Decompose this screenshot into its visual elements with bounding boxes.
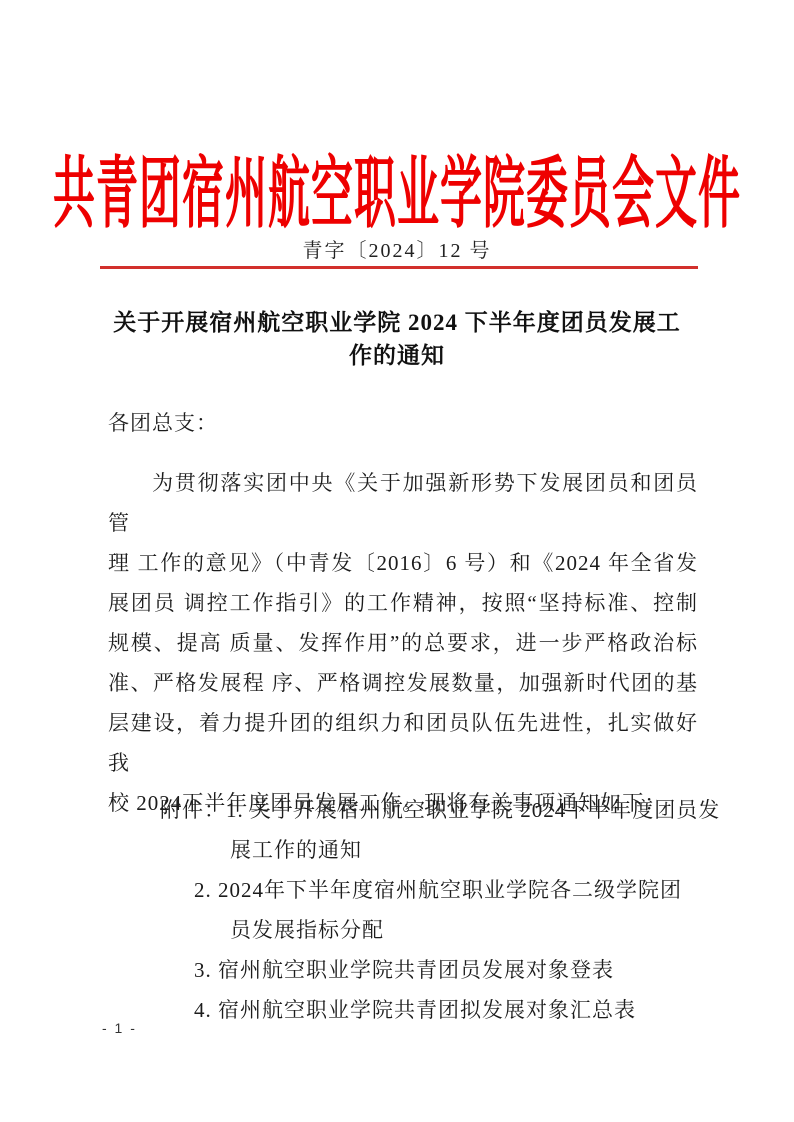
salutation: 各团总支： (108, 410, 218, 436)
body-line: 理 工作的意见》（中青发〔2016〕6 号）和《2024 年全省发 (108, 543, 698, 583)
attachment-line: 2. 2024年下半年度宿州航空职业学院各二级学院团 (194, 870, 708, 910)
document-title: 关于开展宿州航空职业学院 2024 下半年度团员发展工 作的通知 (55, 306, 739, 372)
body-paragraph: 为贯彻落实团中央《关于加强新形势下发展团员和团员管理 工作的意见》（中青发〔20… (108, 463, 698, 823)
body-line: 准、严格发展程 序、严格调控发展数量，加强新时代团的基 (108, 663, 698, 703)
attachment-line: 4. 宿州航空职业学院共青团拟发展对象汇总表 (194, 990, 708, 1030)
attachment-line: 展工作的通知 (230, 830, 708, 870)
body-line: 为贯彻落实团中央《关于加强新形势下发展团员和团员管 (108, 463, 698, 543)
document-title-line-2: 作的通知 (55, 339, 739, 372)
attachment-line: 员发展指标分配 (230, 910, 708, 950)
attachment-line: 附件：1. 关于开展宿州航空职业学院 2024下半年度团员发 (160, 790, 708, 830)
body-line: 规模、提高 质量、发挥作用”的总要求，进一步严格政治标 (108, 623, 698, 663)
document-title-line-1: 关于开展宿州航空职业学院 2024 下半年度团员发展工 (55, 306, 739, 339)
attachment-line: 3. 宿州航空职业学院共青团员发展对象登表 (194, 950, 708, 990)
body-line: 展团员 调控工作指引》的工作精神，按照“坚持标准、控制 (108, 583, 698, 623)
red-separator-rule (100, 266, 698, 269)
attachments-list: 附件：1. 关于开展宿州航空职业学院 2024下半年度团员发展工作的通知2. 2… (108, 790, 708, 1030)
document-page: 共青团宿州航空职业学院委员会文件 青字〔2024〕12 号 关于开展宿州航空职业… (0, 0, 794, 1122)
body-line: 层建设，着力提升团的组织力和团员队伍先进性，扎实做好我 (108, 703, 698, 783)
page-number: - 1 - (102, 1020, 137, 1036)
document-number: 青字〔2024〕12 号 (0, 238, 794, 264)
